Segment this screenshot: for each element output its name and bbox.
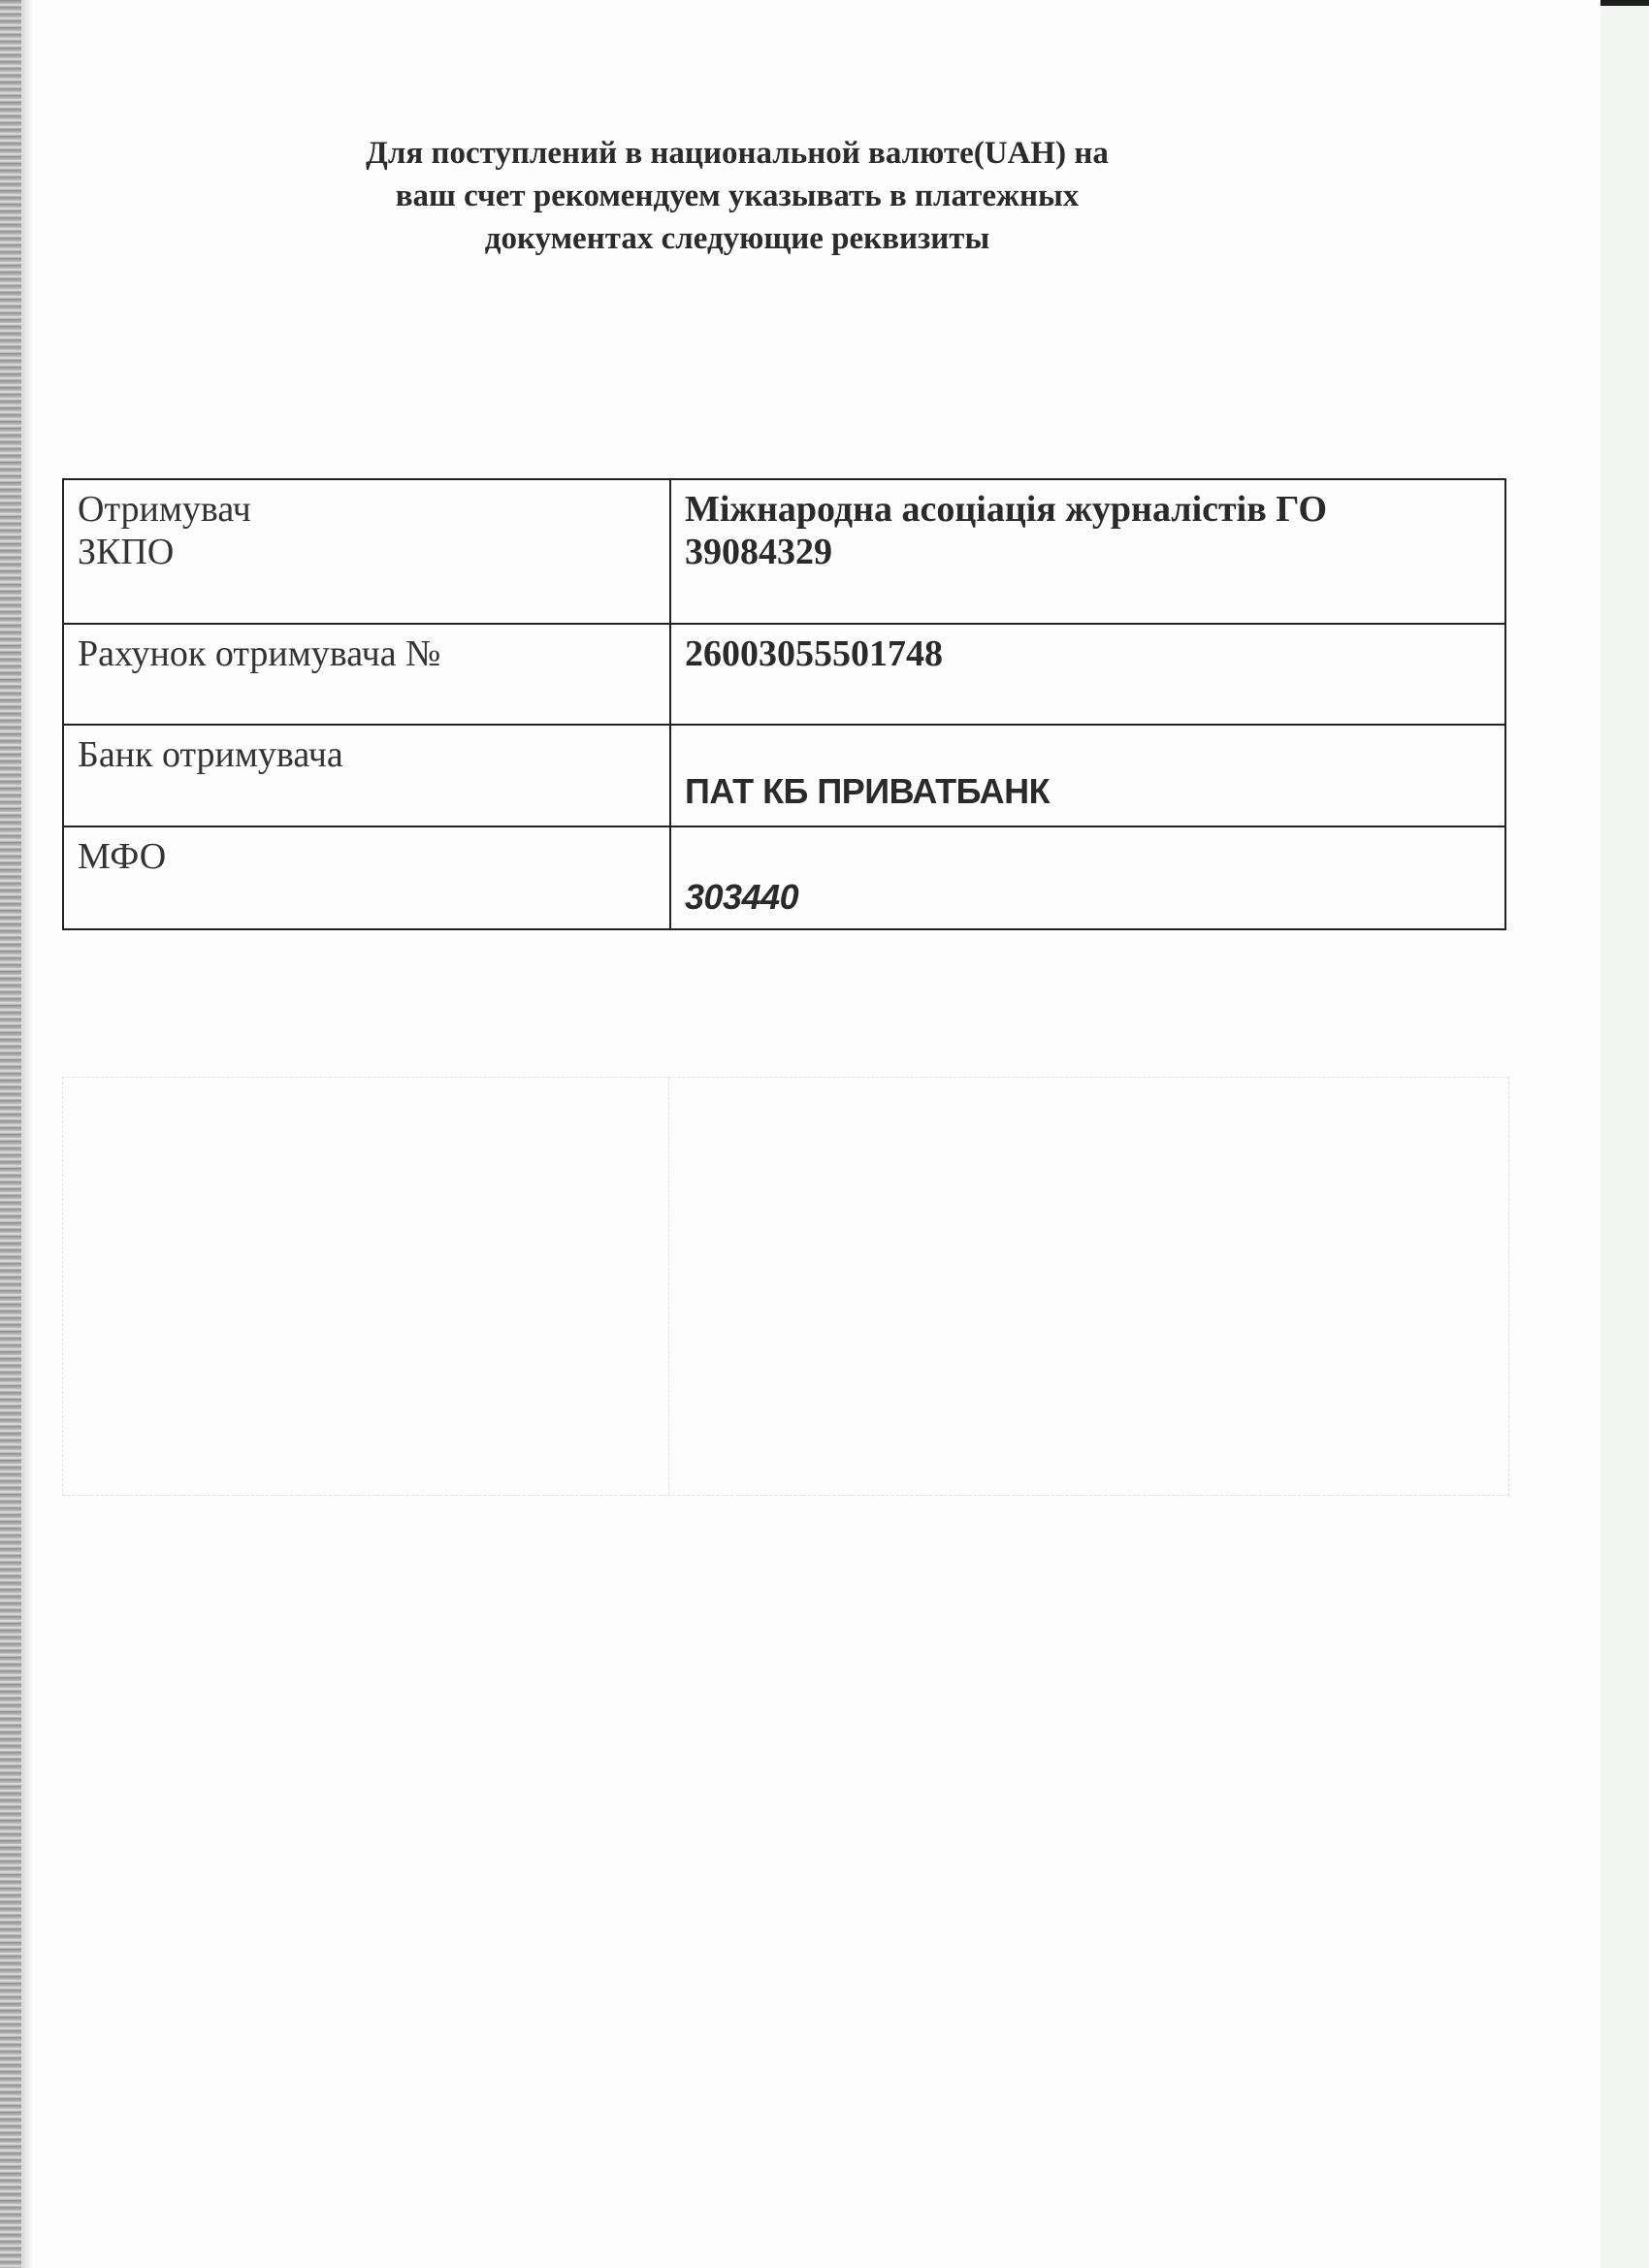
- zkpo-code: 39084329: [685, 531, 1491, 573]
- mfo-label-cell: МФО: [63, 826, 670, 929]
- recipient-name: Міжнародна асоціація журналістів ГО: [685, 488, 1491, 531]
- scan-margin-right: [1600, 0, 1649, 2268]
- heading-line-3: документах следующие реквизиты: [272, 217, 1203, 260]
- zkpo-label: ЗКПО: [78, 531, 656, 573]
- recipient-label-cell: Отримувач ЗКПО: [63, 479, 670, 624]
- table-row-bank: Банк отримувача ПАТ КБ ПРИВАТБАНК: [63, 725, 1505, 826]
- account-value-cell: 26003055501748: [670, 624, 1505, 725]
- bank-label-cell: Банк отримувача: [63, 725, 670, 826]
- table-row-recipient: Отримувач ЗКПО Міжнародна асоціація журн…: [63, 479, 1505, 624]
- bank-value-cell: ПАТ КБ ПРИВАТБАНК: [670, 725, 1505, 826]
- account-number: 26003055501748: [685, 632, 1491, 675]
- bleed-through-ghost-table: [62, 1077, 1509, 1496]
- table-row-account: Рахунок отримувача № 26003055501748: [63, 624, 1505, 725]
- account-label-cell: Рахунок отримувача №: [63, 624, 670, 725]
- mfo-value-cell: 303440: [670, 826, 1505, 929]
- recipient-value-cell: Міжнародна асоціація журналістів ГО 3908…: [670, 479, 1505, 624]
- heading-line-1: Для поступлений в национальной валюте(UA…: [272, 132, 1203, 175]
- table-row-mfo: МФО 303440: [63, 826, 1505, 929]
- ghost-divider: [668, 1078, 669, 1495]
- recipient-label: Отримувач: [78, 488, 656, 531]
- heading-line-2: ваш счет рекомендуем указывать в платежн…: [272, 175, 1203, 217]
- requisites-table: Отримувач ЗКПО Міжнародна асоціація журн…: [62, 478, 1506, 930]
- document-heading: Для поступлений в национальной валюте(UA…: [272, 132, 1203, 260]
- account-label: Рахунок отримувача №: [78, 632, 656, 675]
- bank-name: ПАТ КБ ПРИВАТБАНК: [685, 770, 1050, 813]
- mfo-label: МФО: [78, 835, 656, 878]
- scan-corner-artifact: [1600, 0, 1649, 6]
- scan-edge-shadow: [21, 0, 33, 2268]
- scan-edge-artifact: [0, 0, 21, 2268]
- mfo-code: 303440: [685, 876, 798, 919]
- bank-label: Банк отримувача: [78, 733, 656, 776]
